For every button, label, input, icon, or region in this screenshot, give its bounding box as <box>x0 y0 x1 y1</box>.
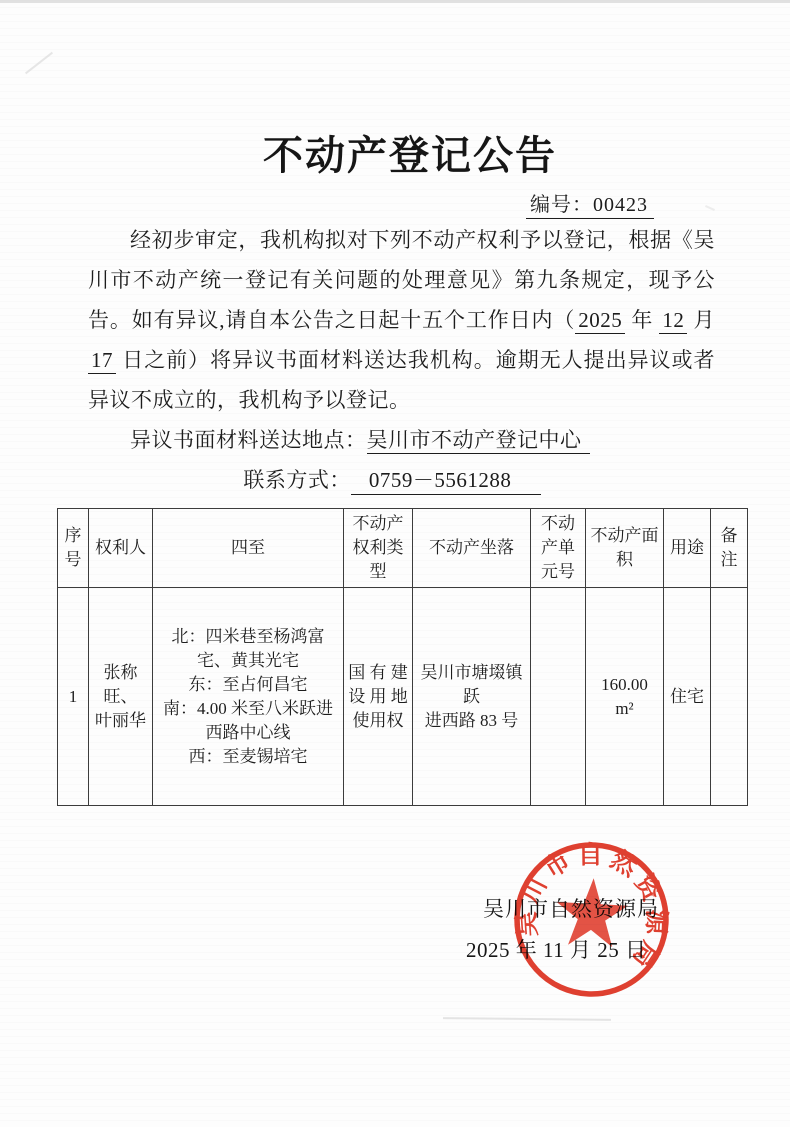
delivery-address-value: 吴川市不动产登记中心 <box>367 428 590 454</box>
contact-label: 联系方式： <box>243 468 351 492</box>
header-area: 不动产面积 <box>586 509 664 588</box>
doc-number-value: 编号：00423 <box>526 194 654 219</box>
right-type-line: 设 用 地 <box>348 685 408 709</box>
cell-usage: 住宅 <box>664 588 711 806</box>
right-type-line: 使用权 <box>348 709 408 733</box>
scan-artifact-top-strip <box>0 0 790 3</box>
header-right-type: 不动产权利类型 <box>344 509 413 588</box>
location-line: 吴川市塘㙍镇跃 <box>417 661 526 709</box>
header-holder: 权利人 <box>89 509 153 588</box>
boundary-south: 南：4.00 米至八米跃进西路中心线 <box>157 697 339 745</box>
month-unit: 月 <box>687 308 715 332</box>
official-seal: 吴川市自然资源局 <box>506 834 677 1005</box>
boundary-north: 北：四米巷至杨鸿富宅、黄其光宅 <box>157 625 339 673</box>
header-index: 序号 <box>58 509 89 588</box>
scan-artifact-speck <box>705 205 715 211</box>
holder-line: 叶丽华 <box>93 709 148 733</box>
header-usage: 用途 <box>664 509 711 588</box>
deadline-year: 2025 <box>575 308 625 334</box>
cell-location: 吴川市塘㙍镇跃 进西路 83 号 <box>413 588 531 806</box>
header-unit-no: 不动产单元号 <box>531 509 586 588</box>
scan-artifact-bottom-line <box>443 1017 611 1021</box>
header-boundaries: 四至 <box>153 509 344 588</box>
right-type-line: 国 有 建 <box>348 661 408 685</box>
cell-boundaries: 北：四米巷至杨鸿富宅、黄其光宅 东：至占何昌宅 南：4.00 米至八米跃进西路中… <box>153 588 344 806</box>
cell-holder: 张称旺、 叶丽华 <box>89 588 153 806</box>
contact-phone-value: 0759－5561288 <box>351 468 542 495</box>
holder-line: 张称旺、 <box>93 661 148 709</box>
header-remark: 备注 <box>711 509 748 588</box>
location-line: 进西路 83 号 <box>417 709 526 733</box>
table-header-row: 序号 权利人 四至 不动产权利类型 不动产坐落 不动产单元号 不动产面积 用途 … <box>58 509 748 588</box>
cell-area: 160.00 m² <box>586 588 664 806</box>
cell-index: 1 <box>58 588 89 806</box>
cell-unit-no <box>531 588 586 806</box>
scanned-notice-page: 不动产登记公告 编号：00423 经初步审定，我机构拟对下列不动产权利予以登记，… <box>0 0 790 1127</box>
notice-paragraph: 经初步审定，我机构拟对下列不动产权利予以登记，根据《吴川市不动产统一登记有关问题… <box>88 220 715 420</box>
deadline-month: 12 <box>659 308 687 334</box>
contact-line: 联系方式：0759－5561288 <box>88 460 715 500</box>
cell-remark <box>711 588 748 806</box>
registration-table: 序号 权利人 四至 不动产权利类型 不动产坐落 不动产单元号 不动产面积 用途 … <box>57 508 748 806</box>
boundary-west: 西：至麦锡培宅 <box>157 745 339 769</box>
cell-right-type: 国 有 建 设 用 地 使用权 <box>344 588 413 806</box>
doc-number: 编号：00423 <box>526 188 654 217</box>
para-segment-2: 日之前）将异议书面材料送达我机构。逾期无人提出异议或者异议不成立的，我机构予以登… <box>88 348 715 412</box>
deadline-day: 17 <box>88 348 116 374</box>
delivery-address-line: 异议书面材料送达地点：吴川市不动产登记中心 <box>88 420 715 460</box>
year-unit: 年 <box>625 308 659 332</box>
notice-body: 经初步审定，我机构拟对下列不动产权利予以登记，根据《吴川市不动产统一登记有关问题… <box>88 220 715 500</box>
boundary-east: 东：至占何昌宅 <box>157 673 339 697</box>
delivery-address-label: 异议书面材料送达地点： <box>130 428 367 452</box>
seal-star-icon <box>554 876 629 947</box>
page-title: 不动产登记公告 <box>0 124 790 181</box>
scan-artifact-smudge <box>25 52 53 75</box>
table-row: 1 张称旺、 叶丽华 北：四米巷至杨鸿富宅、黄其光宅 东：至占何昌宅 南：4.0… <box>58 588 748 806</box>
header-location: 不动产坐落 <box>413 509 531 588</box>
